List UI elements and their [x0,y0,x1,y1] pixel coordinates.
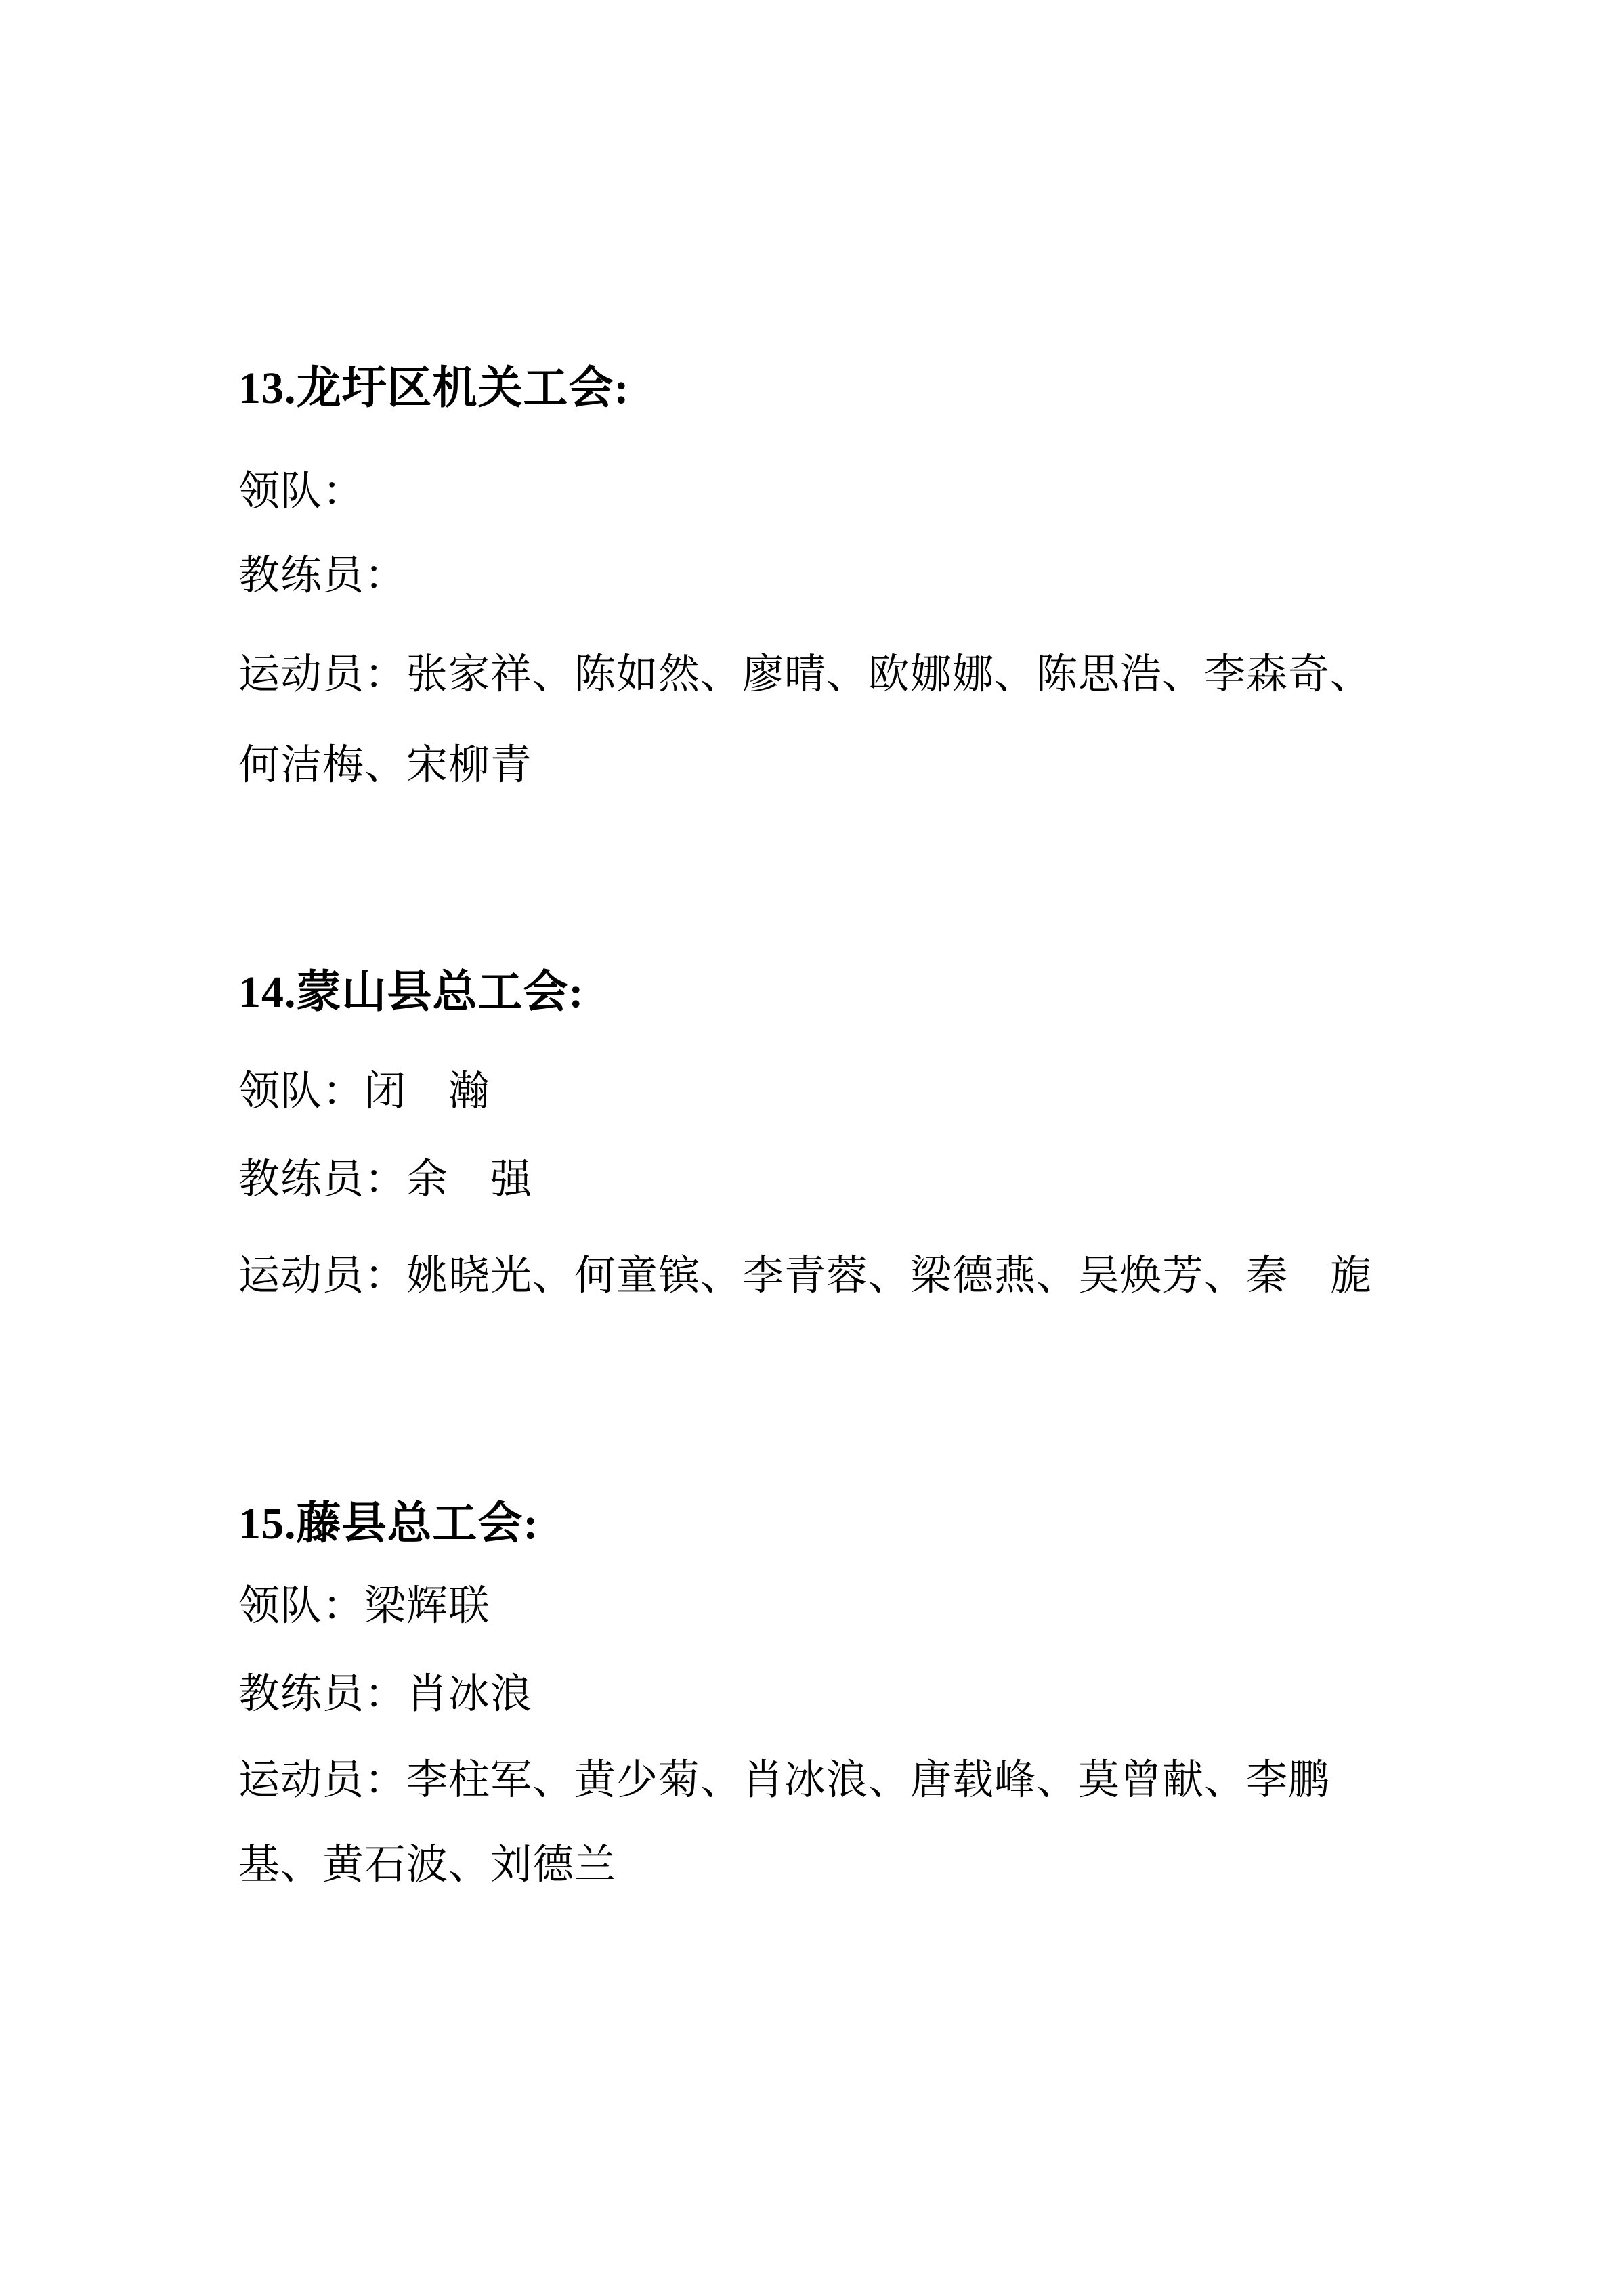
section-13-athletes-line-2: 何洁梅、宋柳青 [238,742,532,789]
section-15-leader-line: 领队：梁辉联 [238,1583,490,1630]
section-14-heading: 14.蒙山县总工会: [238,967,584,1018]
section-14-athletes-line-1: 运动员：姚晓光、何童镔、李青蓉、梁德燕、吴焕芳、秦 旎 [238,1253,1372,1300]
section-13-athletes-line-1: 运动员：张家祥、陈如然、廖晴、欧娜娜、陈思浩、李森奇、 [238,651,1372,699]
section-15-coach-line: 教练员：肖冰浪 [238,1671,532,1718]
section-14-coach-line: 教练员：余 强 [238,1156,532,1204]
section-13-leader-line: 领队： [238,469,364,516]
section-14-leader-line: 领队：闭 瀚 [238,1068,490,1116]
document-page: 13.龙圩区机关工会: 领队： 教练员： 运动员：张家祥、陈如然、廖晴、欧娜娜、… [0,0,1624,2296]
section-15-athletes-line-2: 基、黄石波、刘德兰 [238,1842,616,1889]
section-15-heading: 15.藤县总工会: [238,1498,538,1550]
section-13-coach-line: 教练员： [238,553,406,600]
section-13-heading: 13.龙圩区机关工会: [238,363,629,414]
section-15-athletes-line-1: 运动员：李柱军、黄少菊、肖冰浪、唐载峰、莫曾献、李鹏 [238,1757,1330,1804]
